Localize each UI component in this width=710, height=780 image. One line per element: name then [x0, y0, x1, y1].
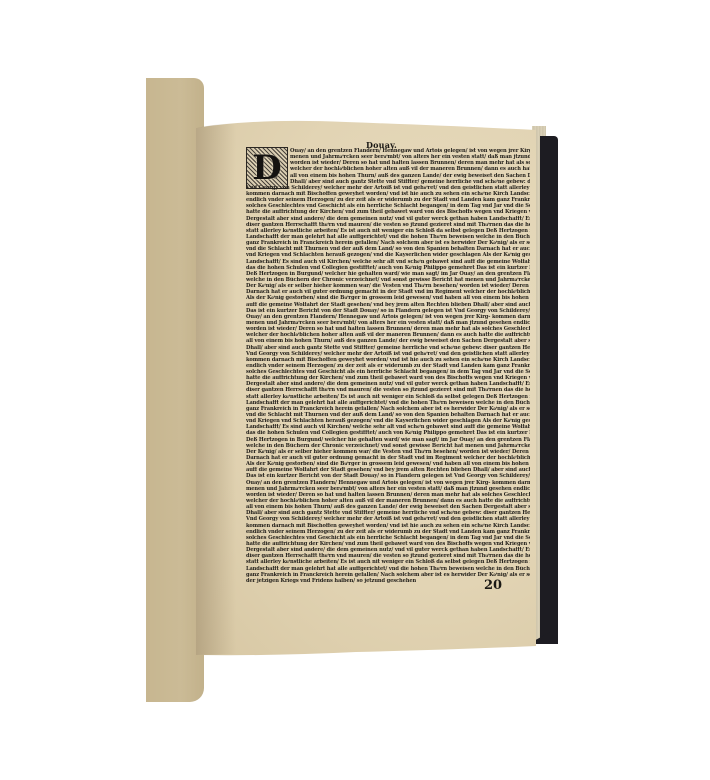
text-line: diser gantzen Herrschafft thuͤrn vnd mau… — [246, 222, 530, 228]
text-line: Ouay/ an den grentzen Flandern/ Hennegaw… — [246, 480, 530, 486]
text-line: kommen darnach mit Bischoffen geweyhet w… — [246, 523, 530, 529]
text-line: statt allerley kuͤnstliche arbeiten/ Es … — [246, 559, 530, 565]
text-line: vnd Kriegen vnd Schlachten herauß gezoge… — [246, 252, 530, 258]
text-line: hatte die auffrichtung der Kirchen/ vnd … — [246, 209, 530, 215]
text-line: Landschafft/ Es sind auch vil Kirchen/ w… — [246, 259, 530, 265]
text-line: welche in den Büchern der Chronic verzei… — [246, 443, 530, 449]
page-number: 20 — [484, 578, 502, 593]
text-line: endlich vnder seinem Herzogen/ zu der ze… — [246, 529, 530, 535]
back-cover — [540, 136, 558, 642]
text-line-last: der jetzigen Kriegs vnd Fridens halben/ … — [246, 578, 416, 584]
text-line: Als der Koͤnig gestorben/ sind die Buͤrg… — [246, 295, 530, 301]
text-block: Douay. D Ouay/ an den grentzen Flandern/… — [246, 140, 530, 580]
body-text: Ouay/ an den grentzen Flandern/ Hennegaw… — [246, 148, 530, 584]
text-line: Dergestalt aber sind andere/ die dem gem… — [246, 216, 530, 222]
text-line: Das ist ein kurtzer Bericht von der Stad… — [246, 308, 530, 314]
text-line: Dhall/ aber sind auch gantz Stette vnd S… — [246, 345, 530, 351]
text-line: Landschafft der man gelehrt hat alle auf… — [246, 400, 530, 406]
text-line: ganz Frankreich in Franckreich herein ge… — [246, 572, 530, 578]
text-line: auff die gemeine Wolfahrt der Stadt gese… — [246, 302, 530, 308]
text-line: Deß Hertzogen in Burgund/ welcher hie ge… — [246, 437, 530, 443]
text-line: statt allerley kuͤnstliche arbeiten/ Es … — [246, 394, 530, 400]
text-line: diser gantzen Herrschafft thuͤrn vnd mau… — [246, 387, 530, 393]
text-line: Vnd Georgy von Schilderey/ welcher mehr … — [246, 351, 530, 357]
gutter-shadow — [196, 118, 236, 656]
text-line: Dhall/ aber sind auch gantz Stette vnd S… — [290, 179, 530, 185]
text-line: Vnd Georgy von Schilderey/ welcher mehr … — [246, 516, 530, 522]
text-line: das die hohen Schulen vnd Collegien gest… — [246, 265, 530, 271]
text-line: Das ist ein kurtzer Bericht von der Stad… — [246, 473, 530, 479]
text-line: all von einem bis hohen Thurn/ auß des g… — [246, 338, 530, 344]
text-line: welcher der hochloͤblichen hoher alten a… — [290, 166, 530, 172]
text-line: menen und Jahrmaͤrcken seer beruͤmbt/ vo… — [246, 486, 530, 492]
text-line: Landschafft der man gelehrt hat alle auf… — [246, 566, 530, 572]
text-line: das die hohen Schulen vnd Collegien gest… — [246, 430, 530, 436]
left-cover-flap — [146, 78, 204, 702]
text-line: all von einem bis hohen Thurn/ auß des g… — [290, 173, 530, 179]
